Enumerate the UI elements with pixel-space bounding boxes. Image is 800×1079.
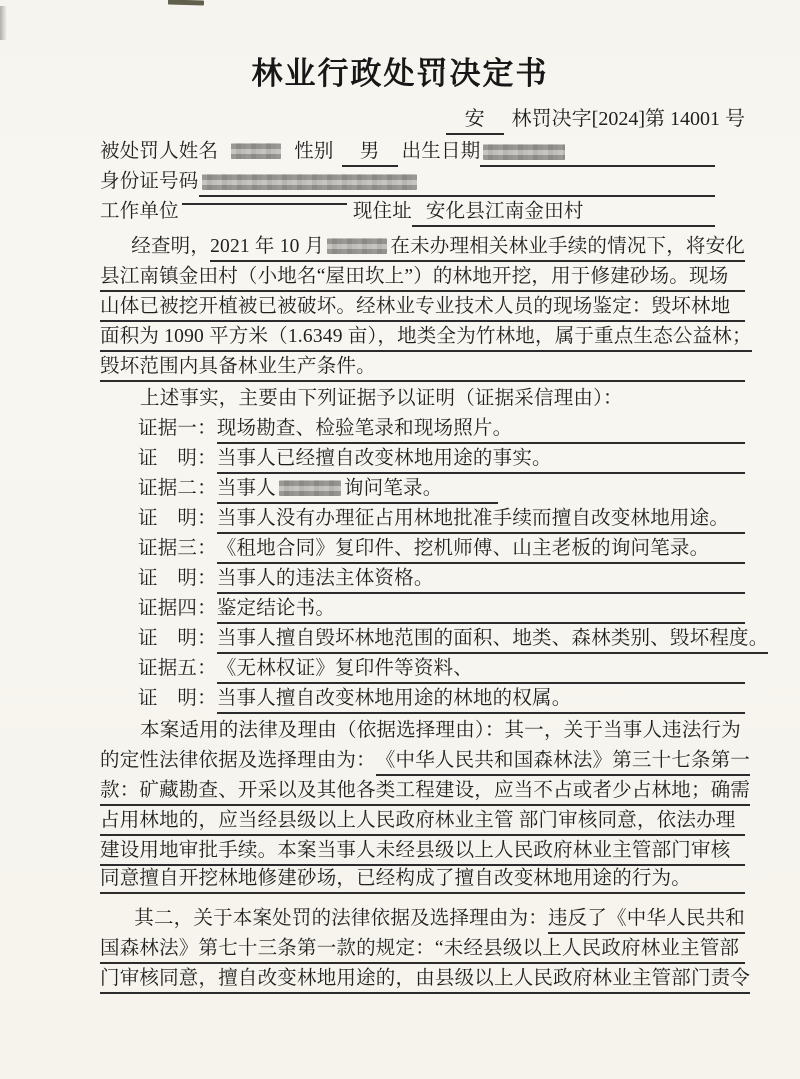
evidence-label: 证 明： [138, 568, 217, 590]
work-unit-label: 工作单位 [100, 201, 179, 223]
legal1-line-4: 占用林地的，应当经县级以上人民政府林业主管 部门审核同意，依法办理 [100, 810, 745, 836]
evidence-text: 鉴定结论书。 [217, 598, 745, 624]
evidence-row-9: 证据五： 《无林权证》复印件等资料、 [138, 658, 745, 684]
evidence-label: 证 明： [138, 688, 217, 710]
evidence-text: 当事人没有办理征占用林地批准手续而擅自改变林地用途。 [217, 508, 745, 534]
field-row-address: 工作单位 现住址 安化县江南金田村 [100, 201, 715, 227]
scan-artifact-top-mark [168, 0, 204, 5]
evidence-row-6: 证 明： 当事人的违法主体资格。 [138, 568, 745, 594]
evidence-row-5: 证据三： 《租地合同》复印件、挖机师傅、山主老板的询问笔录。 [138, 538, 745, 564]
legal2-line-2: 国森林法》第七十三条第一款的规定：“未经县级以上人民政府林业主管部 [100, 938, 745, 964]
evidence-text: 当事人询问笔录。 [217, 478, 499, 504]
findings-line-3: 山体已被挖开植被已被破坏。经林业专业技术人员的现场鉴定：毁坏林地 [100, 296, 745, 322]
doc-number-blank: 安 [446, 102, 504, 135]
evidence-row-8: 证 明： 当事人擅自毁坏林地范围的面积、地类、森林类别、毁坏程度。 [138, 628, 745, 654]
evidence-text: 现场勘查、检验笔录和现场照片。 [217, 418, 745, 444]
evidence-row-1: 证据一： 现场勘查、检验笔录和现场照片。 [138, 418, 745, 444]
legal1-line-6: 同意擅自开挖林地修建砂场，已经构成了擅自改变林地用途的行为。 [100, 868, 745, 894]
birthdate-blank [480, 141, 715, 167]
evidence-text: 当事人的违法主体资格。 [217, 568, 745, 594]
evidence-label: 证据三： [138, 538, 217, 560]
field-row-name: 被处罚人姓名 性别 男 出生日期 [100, 141, 715, 167]
evidence-row-2: 证 明： 当事人已经擅自改变林地用途的事实。 [138, 448, 745, 474]
evidence-label: 证据五： [138, 658, 217, 680]
evidence-label: 证据二： [138, 478, 217, 500]
evidence-text: 当事人擅自毁坏林地范围的面积、地类、森林类别、毁坏程度。 [217, 628, 769, 654]
gender-value: 男 [342, 141, 398, 167]
evidence-text: 当事人已经擅自改变林地用途的事实。 [217, 448, 745, 474]
findings-lead: 经查明， [131, 236, 210, 258]
legal1-line-2: 的定性法律依据及选择理由为： 《中华人民共和国森林法》第三十七条第一 [100, 750, 745, 776]
evidence-label: 证据四： [138, 598, 217, 620]
name-label: 被处罚人姓名 [100, 141, 218, 163]
legal1-line-5: 建设用地审批手续。本案当事人未经县级以上人民政府林业主管部门审核 [100, 840, 745, 866]
findings-line-5: 毁坏范围内具备林业生产条件。 [100, 356, 745, 382]
birthdate-label: 出生日期 [402, 141, 481, 163]
gender-label: 性别 [294, 141, 333, 163]
document-number-line: 安 林罚决字[2024]第 14001 号 [446, 102, 745, 135]
evidence-label: 证据一： [138, 418, 217, 440]
evidence-label: 证 明： [138, 508, 217, 530]
redacted-name-block-evidence [279, 480, 341, 496]
document-title: 林业行政处罚决定书 [0, 48, 800, 93]
evidence-text: 《无林权证》复印件等资料、 [217, 658, 745, 684]
work-unit-blank [182, 201, 347, 205]
evidence-text: 当事人擅自改变林地用途的林地的权属。 [217, 688, 745, 714]
id-label: 身份证号码 [100, 171, 199, 193]
evidence-label: 证 明： [138, 628, 217, 650]
findings-line-1-fill: 2021 年 10 月在未办理相关林业手续的情况下，将安化 [210, 236, 745, 262]
findings-line-4: 面积为 1090 平方米（1.6349 亩），地类全为竹林地，属于重点生态公益林… [100, 326, 745, 352]
id-blank [199, 171, 715, 197]
evidence-row-10: 证 明： 当事人擅自改变林地用途的林地的权属。 [138, 688, 745, 714]
evidence-row-4: 证 明： 当事人没有办理征占用林地批准手续而擅自改变林地用途。 [138, 508, 745, 534]
legal2-line-3: 门审核同意，擅自改变林地用途的，由县级以上人民政府林业主管部门责令 [100, 968, 745, 994]
field-row-id: 身份证号码 [100, 171, 715, 197]
evidence-row-7: 证据四： 鉴定结论书。 [138, 598, 745, 624]
penalty-decision-document: 林业行政处罚决定书 安 林罚决字[2024]第 14001 号 被处罚人姓名 性… [0, 0, 800, 1079]
address-label: 现住址 [353, 201, 412, 223]
redacted-birthdate-block [483, 144, 565, 160]
findings-line-1: 经查明， 2021 年 10 月在未办理相关林业手续的情况下，将安化 [100, 236, 745, 262]
evidence-text: 《租地合同》复印件、挖机师傅、山主老板的询问笔录。 [217, 538, 745, 564]
redacted-name-block [231, 143, 281, 159]
evidence-row-3: 证据二： 当事人询问笔录。 [138, 478, 745, 504]
scan-artifact-left-smudge [0, 6, 7, 40]
doc-number-text: 林罚决字[2024]第 14001 号 [512, 102, 745, 131]
evidence-intro: 上述事实，主要由下列证据予以证明（证据采信理由）： [100, 388, 745, 410]
legal1-line-1: 本案适用的法律及理由（依据选择理由）：其一，关于当事人违法行为 [100, 720, 745, 742]
redacted-id-block [202, 174, 417, 190]
legal1-line-3: 款：矿藏勘查、开采以及其他各类工程建设，应当不占或者少占林地；确需 [100, 780, 745, 806]
address-value: 安化县江南金田村 [412, 201, 715, 227]
legal2-line-1: 其二，关于本案处罚的法律依据及选择理由为： 违反了《中华人民共和 [100, 908, 745, 934]
findings-line-2: 县江南镇金田村（小地名“屋田坎上”）的林地开挖，用于修建砂场。现场 [100, 266, 745, 292]
evidence-label: 证 明： [138, 448, 217, 470]
redacted-name-block-findings [327, 238, 387, 254]
